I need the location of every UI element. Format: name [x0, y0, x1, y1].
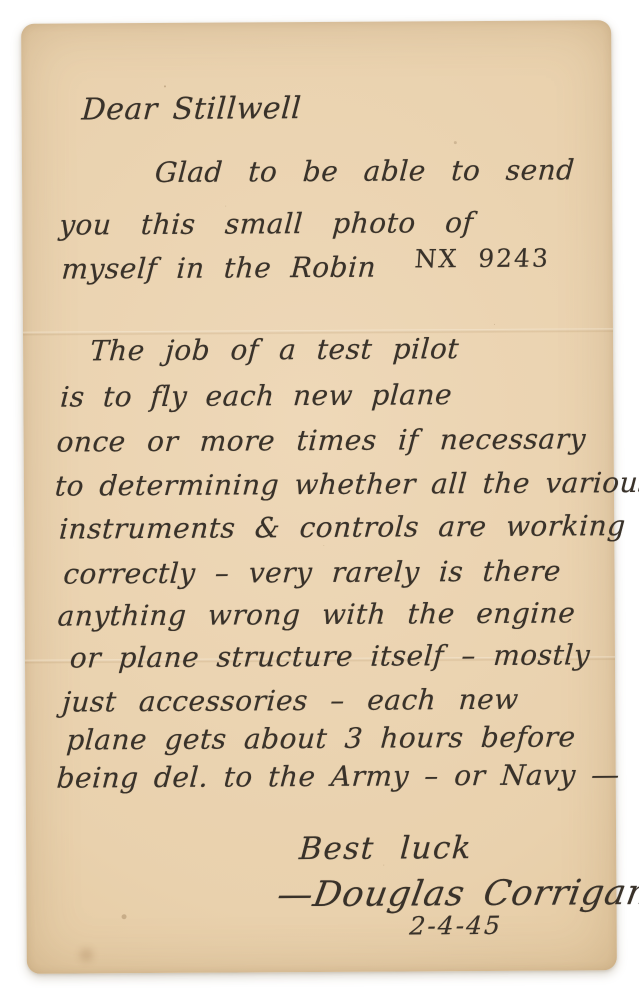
- date-written: 2-4-45: [409, 913, 503, 939]
- letter-line: correctly – very rarely is there: [63, 558, 562, 589]
- letter-line: Glad to be able to send: [154, 156, 575, 187]
- letter-scan: Dear Stillwell Glad to be able to send y…: [0, 0, 639, 1000]
- letter-line: once or more times if necessary: [56, 425, 587, 456]
- signature: —Douglas Corrigan: [275, 876, 639, 913]
- paper-speckles: [21, 24, 24, 27]
- letter-line: The job of a test pilot: [89, 335, 460, 365]
- salutation: Dear Stillwell: [81, 94, 303, 125]
- letter-line: plane gets about 3 hours before: [66, 723, 577, 754]
- letter-line: myself in the RobinNX 9243: [61, 253, 551, 284]
- letter-paper: Dear Stillwell Glad to be able to send y…: [21, 20, 617, 974]
- plane-registration: NX 9243: [414, 246, 551, 272]
- closing: Best luck: [298, 833, 473, 865]
- letter-line: anything wrong with the engine: [57, 599, 576, 630]
- letter-line: you this small photo of: [58, 209, 474, 240]
- letter-line: is to fly each new plane: [59, 381, 453, 411]
- letter-line: being del. to the Army – or Navy —: [56, 761, 621, 792]
- letter-line-text: myself in the Robin: [61, 251, 378, 286]
- letter-line: to determining whether all the various: [54, 469, 639, 501]
- letter-line: or plane structure itself – mostly: [69, 641, 591, 672]
- letter-line: just accessories – each new: [61, 686, 519, 717]
- letter-line: instruments & controls are working: [58, 512, 626, 543]
